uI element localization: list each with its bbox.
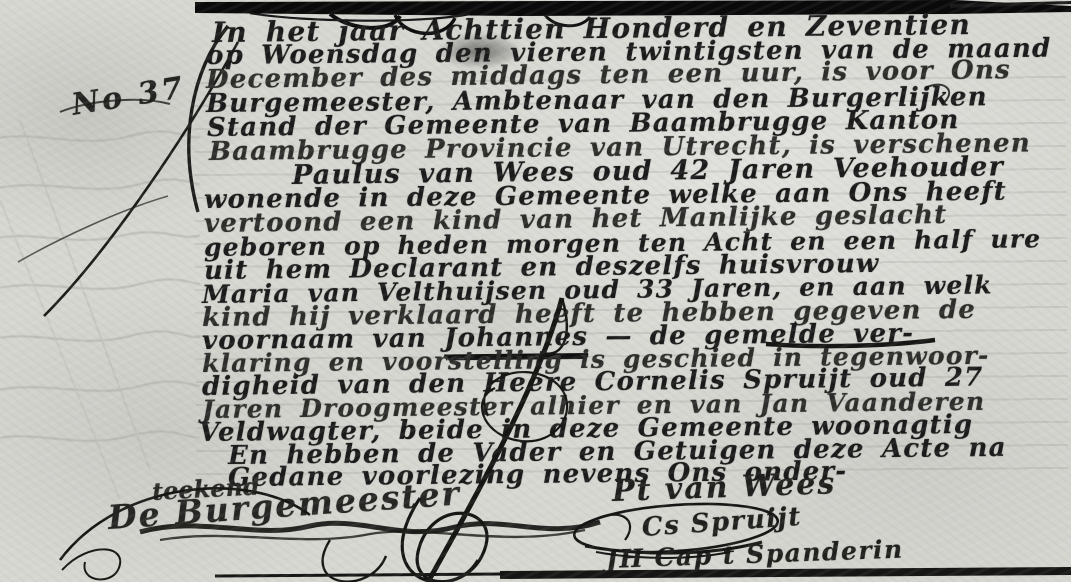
signature-witness1: Cs Spruijt [641,502,803,543]
signature-father: Pt van Wees [611,466,836,509]
margin-act-number: No 37 [69,70,188,123]
document-scan: No 37 In het jaar Achttien Honderd en Ze… [0,0,1071,582]
